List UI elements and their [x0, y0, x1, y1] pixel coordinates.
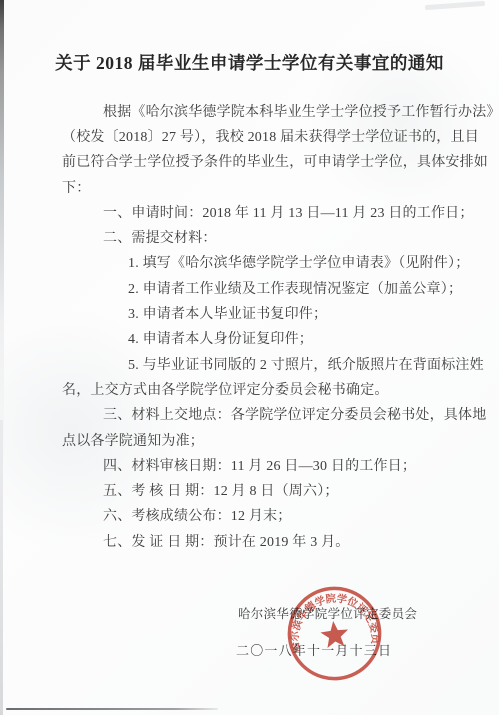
body-line-item-6: 六、考核成绩公布：12 月末； — [62, 503, 462, 528]
body-line: （校发〔2018〕27 号），我校 2018 届未获得学士学位证书的，且目 — [62, 123, 462, 148]
body-line-item-5: 五、考 核 日 期：12 月 8 日（周六）； — [62, 477, 462, 502]
body-line: 下： — [62, 174, 462, 199]
body-line: 名，上交方式由各学院学位评定分委员会秘书确定。 — [62, 376, 462, 401]
notice-body: 根据《哈尔滨华德学院本科毕业生学士学位授予工作暂行办法》 （校发〔2018〕27… — [62, 98, 462, 553]
body-line-item-3: 三、材料上交地点：各学院学位评定分委员会秘书处，具体地 — [62, 402, 462, 427]
body-line-item-2: 二、需提交材料： — [62, 224, 462, 249]
body-line-subitem-4: 4. 申请者本人身份证复印件； — [62, 326, 462, 351]
body-line-item-4: 四、材料审核日期：11 月 26 日—30 日的工作日； — [62, 452, 462, 477]
body-line-item-7: 七、发 证 日 期：预计在 2019 年 3 月。 — [62, 528, 462, 553]
seal-star-icon — [319, 620, 349, 649]
scan-line-artifact-bottom — [6, 708, 218, 710]
scan-edge-artifact-lower — [0, 420, 3, 715]
official-red-seal: 哈尔滨华德学院学位评定委员会 — [281, 580, 388, 687]
notice-title: 关于 2018 届毕业生申请学士学位有关事宜的通知 — [0, 50, 499, 75]
body-line: 根据《哈尔滨华德学院本科毕业生学士学位授予工作暂行办法》 — [62, 98, 462, 123]
body-line-subitem-2: 2. 申请者工作业绩及工作表现情况鉴定（加盖公章）； — [62, 275, 462, 300]
body-line-subitem-1: 1. 填写《哈尔滨华德学院学士学位申请表》（见附件）； — [62, 250, 462, 275]
scan-smudge-top-right — [425, 1, 485, 10]
body-line: 点以各学院通知为准； — [62, 427, 462, 452]
body-line-item-1: 一、申请时间：2018 年 11 月 13 日—11 月 23 日的工作日； — [62, 199, 462, 224]
scanned-notice-document: 关于 2018 届毕业生申请学士学位有关事宜的通知 根据《哈尔滨华德学院本科毕业… — [0, 0, 499, 715]
body-line-subitem-5: 5. 与毕业证书同版的 2 寸照片，纸介版照片在背面标注姓 — [62, 351, 462, 376]
body-line-subitem-3: 3. 申请者本人毕业证书复印件； — [62, 300, 462, 325]
body-line: 前已符合学士学位授予条件的毕业生，可申请学士学位，具体安排如 — [62, 149, 462, 174]
